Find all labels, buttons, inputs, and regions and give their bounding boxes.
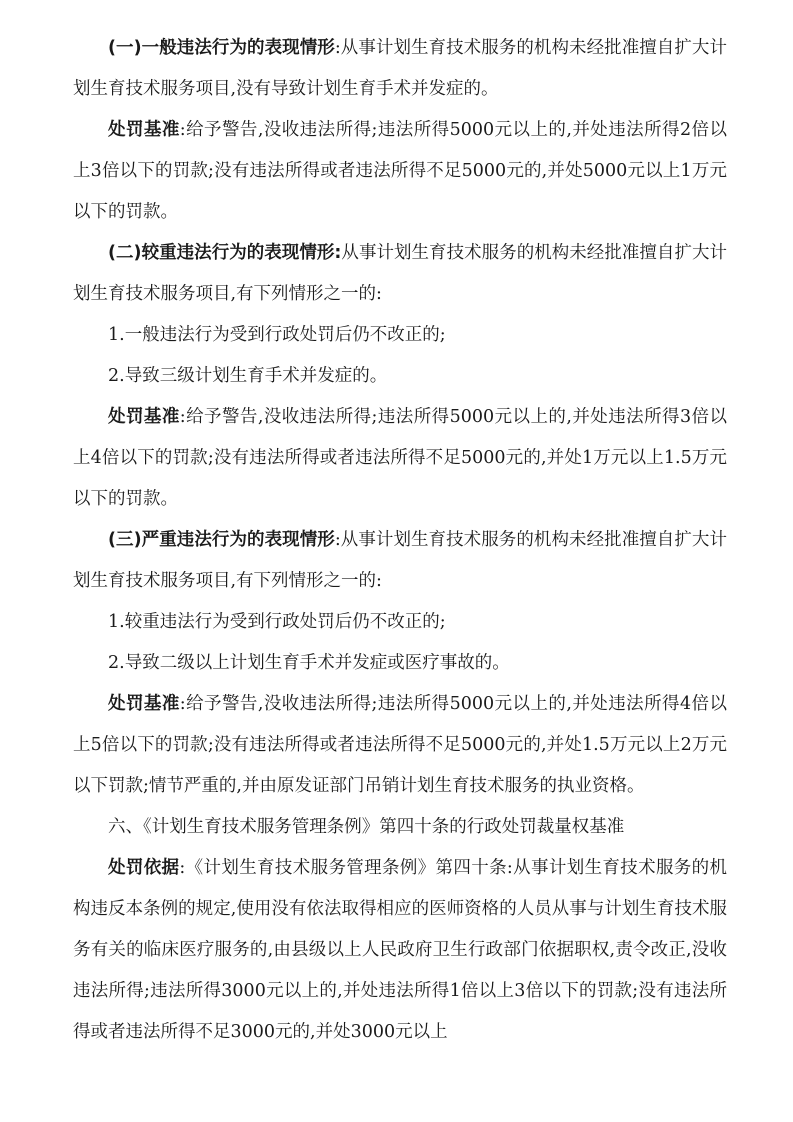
section-heading-text: 六、《计划生育技术服务管理条例》第四十条的行政处罚裁量权基准	[108, 817, 624, 837]
list-item-text: 1.较重违法行为受到行政处罚后仍不改正的;	[108, 612, 446, 632]
list-item: 2.导致二级以上计划生育手术并发症或医疗事故的。	[73, 643, 727, 684]
paragraph-penalty-standard-1: 处罚基准:给予警告,没收违法所得;违法所得5000元以上的,并处违法所得2倍以上…	[73, 110, 727, 233]
list-item-text: 1.一般违法行为受到行政处罚后仍不改正的;	[108, 325, 446, 345]
list-item-text: 2.导致三级计划生育手术并发症的。	[108, 366, 387, 386]
paragraph-general-violation: (一)一般违法行为的表现情形:从事计划生育技术服务的机构未经批准擅自扩大计划生育…	[73, 28, 727, 110]
paragraph-serious-violation: (二)较重违法行为的表现情形:从事计划生育技术服务的机构未经批准擅自扩大计划生育…	[73, 233, 727, 315]
paragraph-penalty-standard-2: 处罚基准:给予警告,没收违法所得;违法所得5000元以上的,并处违法所得3倍以上…	[73, 397, 727, 520]
list-item: 1.较重违法行为受到行政处罚后仍不改正的;	[73, 602, 727, 643]
heading-severe-violation: (三)严重违法行为的表现情形	[108, 530, 335, 550]
heading-general-violation: (一)一般违法行为的表现情形	[108, 38, 335, 58]
list-item: 2.导致三级计划生育手术并发症的。	[73, 356, 727, 397]
heading-serious-violation: (二)较重违法行为的表现情形:	[108, 243, 341, 263]
document-page: (一)一般违法行为的表现情形:从事计划生育技术服务的机构未经批准擅自扩大计划生育…	[73, 28, 727, 1053]
label-penalty-basis: 处罚依据	[108, 858, 179, 878]
paragraph-penalty-standard-3: 处罚基准:给予警告,没收违法所得;违法所得5000元以上的,并处违法所得4倍以上…	[73, 684, 727, 807]
label-penalty-standard: 处罚基准	[108, 407, 180, 427]
paragraph-text: :《计划生育技术服务管理条例》第四十条:从事计划生育技术服务的机构违反本条例的规…	[73, 858, 727, 1042]
label-penalty-standard: 处罚基准	[108, 120, 180, 140]
list-item: 1.一般违法行为受到行政处罚后仍不改正的;	[73, 315, 727, 356]
list-item-text: 2.导致二级以上计划生育手术并发症或医疗事故的。	[108, 653, 510, 673]
paragraph-severe-violation: (三)严重违法行为的表现情形:从事计划生育技术服务的机构未经批准擅自扩大计划生育…	[73, 520, 727, 602]
paragraph-penalty-basis: 处罚依据:《计划生育技术服务管理条例》第四十条:从事计划生育技术服务的机构违反本…	[73, 848, 727, 1053]
label-penalty-standard: 处罚基准	[108, 694, 180, 714]
section-heading-six: 六、《计划生育技术服务管理条例》第四十条的行政处罚裁量权基准	[73, 807, 727, 848]
